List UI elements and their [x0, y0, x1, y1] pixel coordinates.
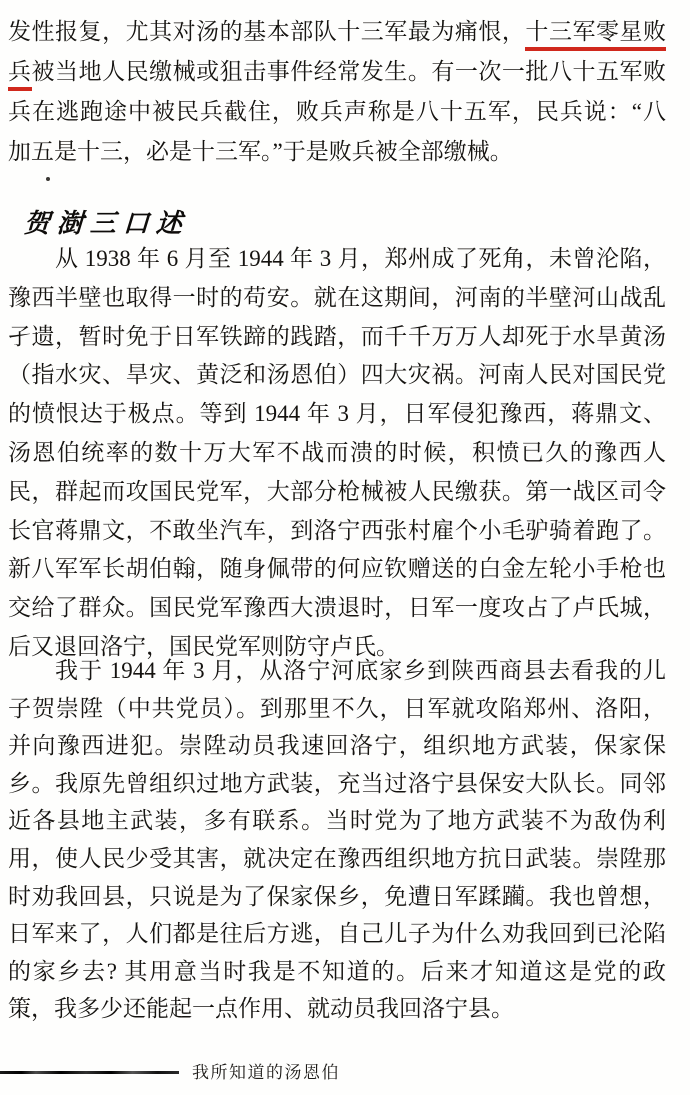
text-segment: 发性报复，尤其对汤的基本部队十三军最为痛恨，: [8, 19, 525, 44]
text-line: 的家乡去? 其用意当时我是不知道的。后来才知道这是党的政: [8, 953, 666, 991]
paragraph-2: 从 1938 年 6 月至 1944 年 3 月，郑州成了死角，未曾沦陷， 豫西…: [8, 240, 666, 667]
text-line: 汤恩伯统率的数十万大军不战而溃的时候，积愤已久的豫西人: [8, 434, 666, 473]
text-line: 的愤恨达于极点。等到 1944 年 3 月，日军侵犯豫西，蒋鼎文、: [8, 395, 666, 434]
footer-book-title: 我所知道的汤恩伯: [192, 1058, 340, 1083]
text-line: 乡。我原先曾组织过地方武装，充当过洛宁县保安大队长。同邻: [8, 765, 666, 803]
text-line: 发性报复，尤其对汤的基本部队十三军最为痛恨，十三军零星败: [8, 12, 666, 52]
paragraph-continuation: 发性报复，尤其对汤的基本部队十三军最为痛恨，十三军零星败 兵被当地人民缴械或狙击…: [8, 12, 666, 172]
text-line: 新八军军长胡伯翰，随身佩带的何应钦赠送的白金左轮小手枪也: [8, 550, 666, 589]
footer-rule: [0, 1071, 179, 1074]
text-line: 兵被当地人民缴械或狙击事件经常发生。有一次一批八十五军败: [8, 52, 666, 92]
text-line: 加五是十三，必是十三军。”于是败兵被全部缴械。: [8, 132, 666, 172]
text-line: 子贺崇陞（中共党员）。到那里不久，日军就攻陷郑州、洛阳，: [8, 690, 666, 728]
text-line: 豫西半壁也取得一时的苟安。就在这期间，河南的半壁河山战乱: [8, 279, 666, 318]
section-heading: 贺澍三口述: [23, 203, 190, 240]
paragraph-3: 我于 1944 年 3 月，从洛宁河底家乡到陕西商县去看我的儿 子贺崇陞（中共党…: [8, 652, 666, 1028]
text-line: （指水灾、旱灾、黄泛和汤恩伯）四大灾祸。河南人民对国民党: [8, 356, 666, 395]
text-line: 兵在逃跑途中被民兵截住，败兵声称是八十五军，民兵说：“八: [8, 92, 666, 132]
text-line: 时劝我回县，只说是为了保家保乡，免遭日军蹂躏。我也曾想，: [8, 878, 666, 916]
scan-speck: [46, 177, 50, 181]
text-line: 近各县地主武装，多有联系。当时党为了地方武装不为敌伪利: [8, 802, 666, 840]
text-line: 日军来了，人们都是往后方逃，自己儿子为什么劝我回到已沦陷: [8, 915, 666, 953]
red-underlined-text: 兵: [8, 59, 32, 91]
text-line: 民，群起而攻国民党军，大部分枪械被人民缴获。第一战区司令: [8, 473, 666, 512]
text-line: 用，使人民少受其害，就决定在豫西组织地方抗日武装。崇陞那: [8, 840, 666, 878]
scanned-book-page: 发性报复，尤其对汤的基本部队十三军最为痛恨，十三军零星败 兵被当地人民缴械或狙击…: [0, 0, 690, 1095]
red-underlined-text: 十三军零星败: [525, 19, 666, 51]
text-line: 我于 1944 年 3 月，从洛宁河底家乡到陕西商县去看我的儿: [8, 652, 666, 690]
text-line: 策，我多少还能起一点作用、就动员我回洛宁县。: [8, 990, 666, 1028]
text-line: 孑遗，暂时免于日军铁蹄的践踏，而千千万万人却死于水旱黄汤: [8, 318, 666, 357]
text-line: 交给了群众。国民党军豫西大溃退时，日军一度攻占了卢氏城，: [8, 589, 666, 628]
text-line: 并向豫西进犯。崇陞动员我速回洛宁，组织地方武装，保家保: [8, 727, 666, 765]
text-line: 长官蒋鼎文，不敢坐汽车，到洛宁西张村雇个小毛驴骑着跑了。: [8, 512, 666, 551]
text-line: 从 1938 年 6 月至 1944 年 3 月，郑州成了死角，未曾沦陷，: [8, 240, 666, 279]
text-segment: 被当地人民缴械或狙击事件经常发生。有一次一批八十五军败: [32, 59, 666, 84]
